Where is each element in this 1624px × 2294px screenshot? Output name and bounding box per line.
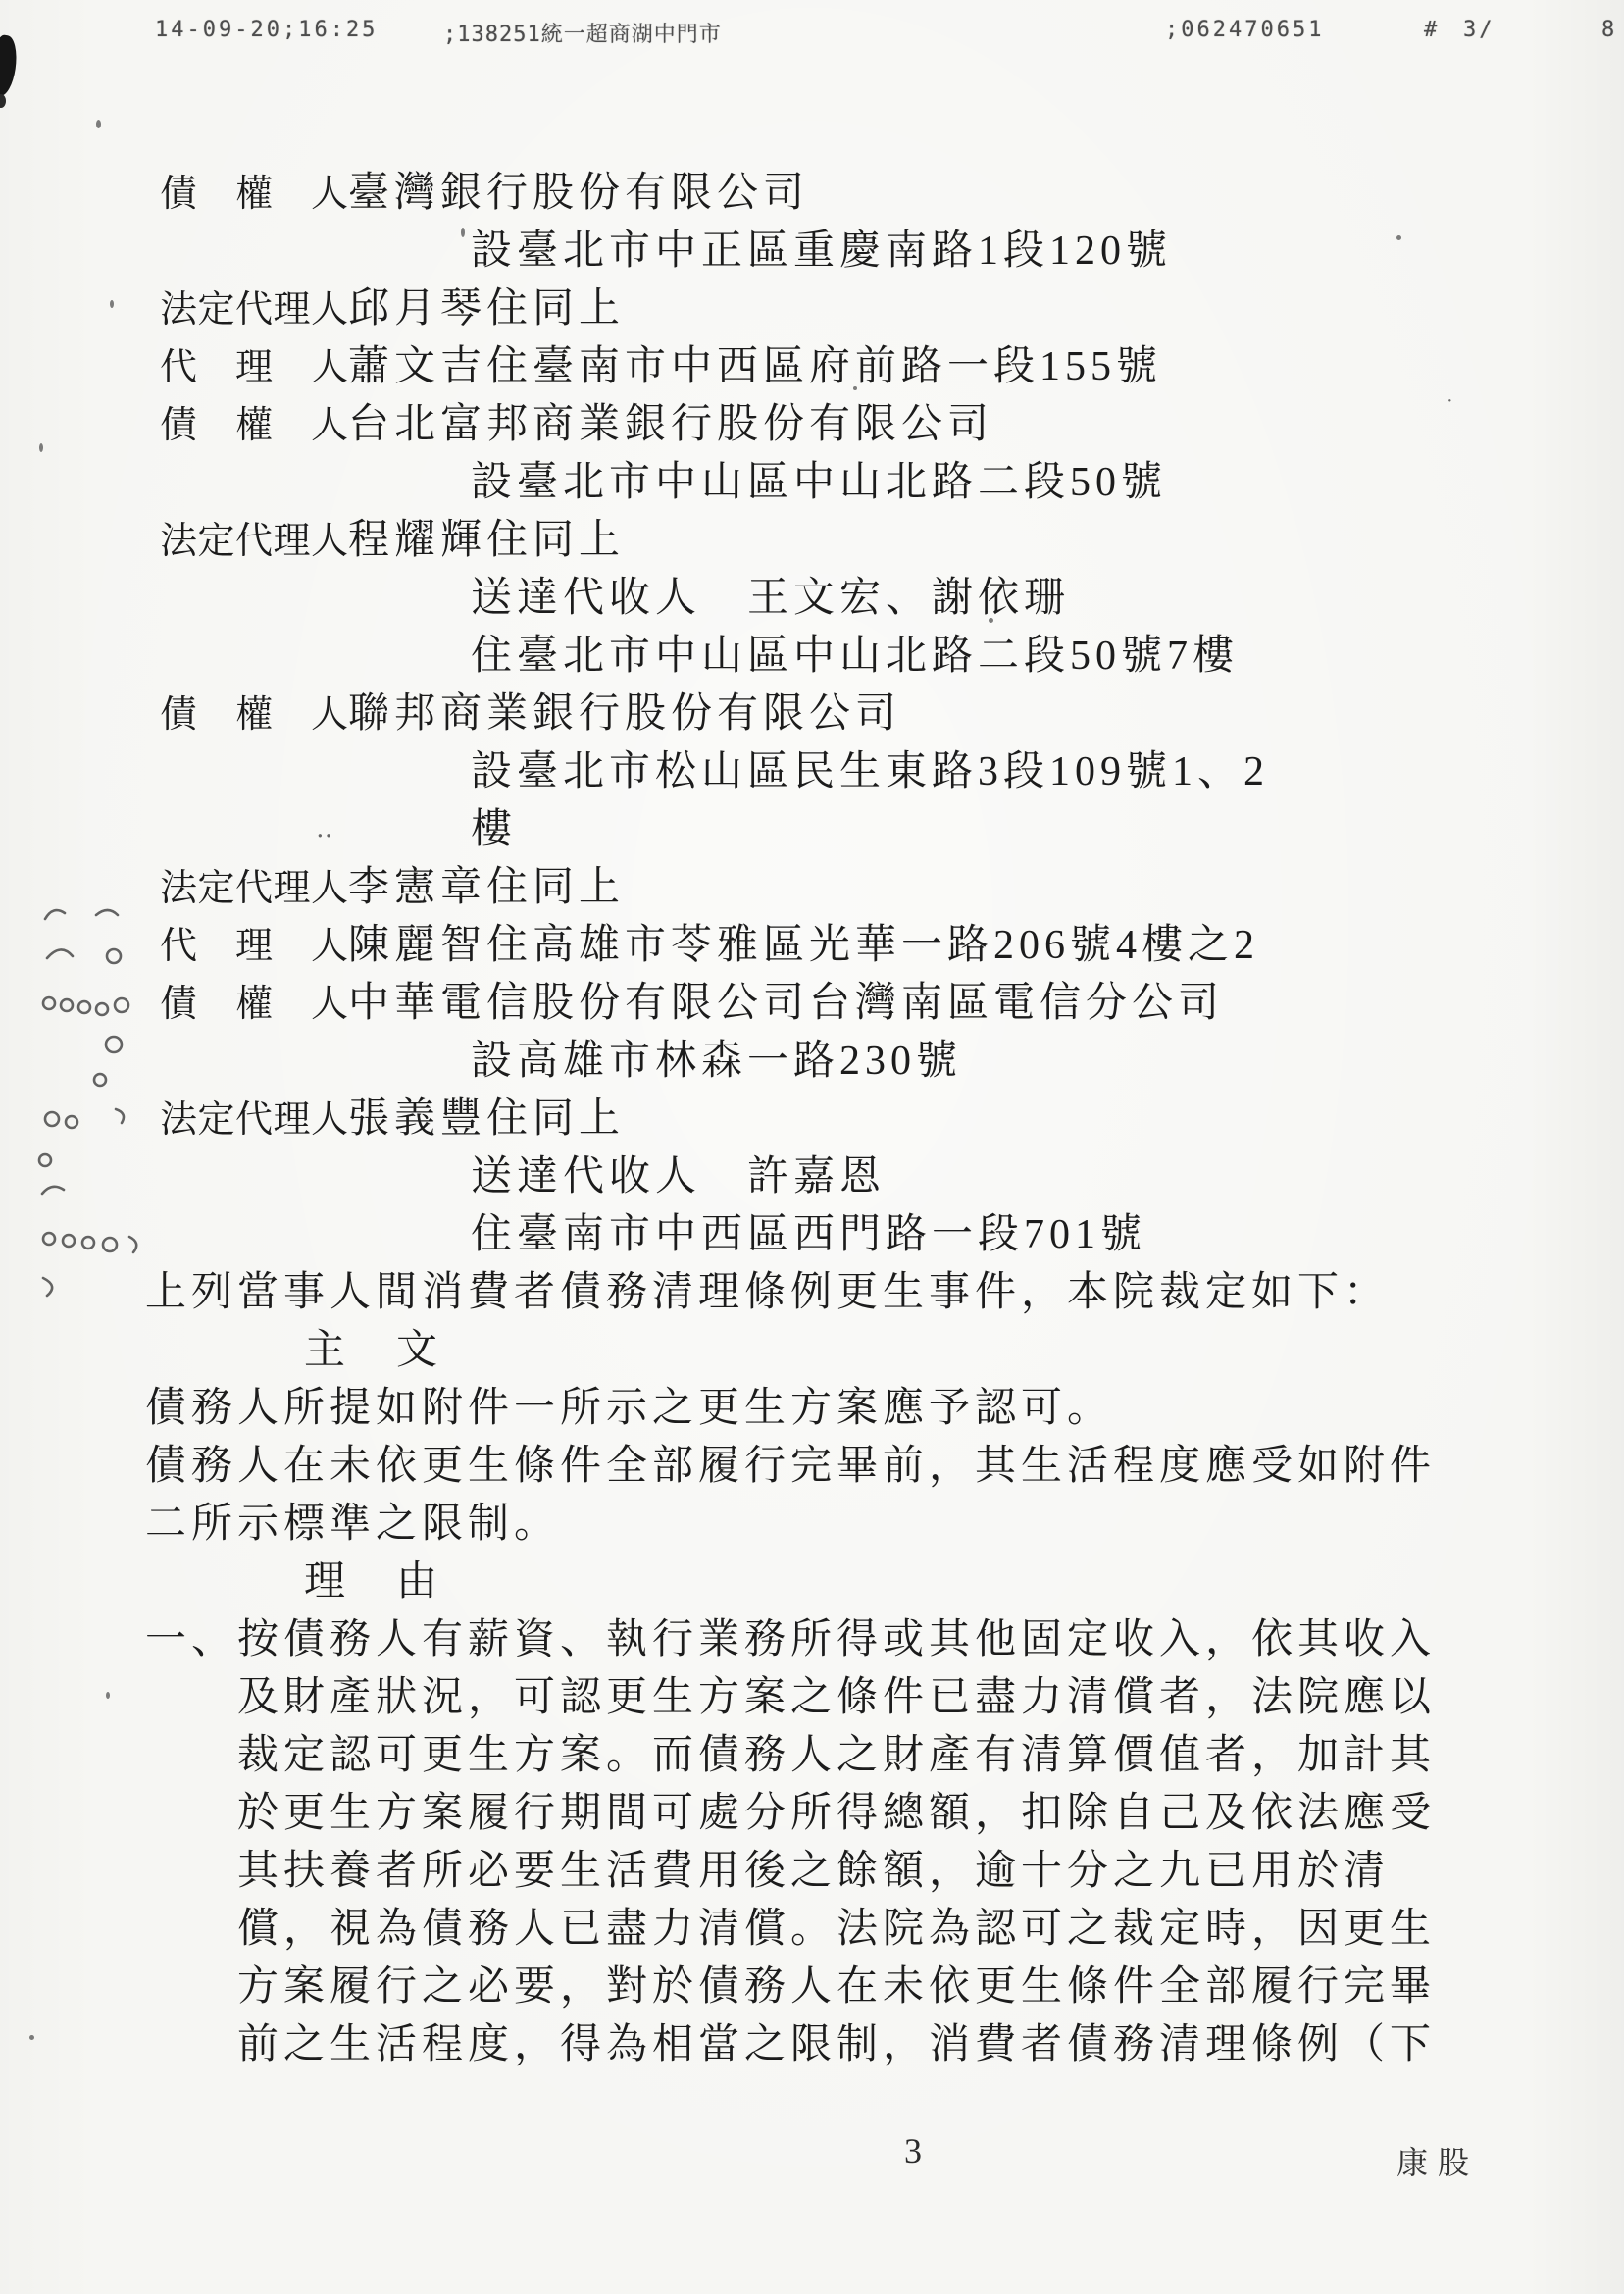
party-name: 聯邦商業銀行股份有限公司 bbox=[348, 686, 901, 743]
doc-line-25: 理 由 bbox=[0, 1554, 1506, 1611]
line-text: 設臺北市松山區民生東路3段109號1、2 bbox=[471, 743, 1269, 801]
line-text: 設臺北市中正區重慶南路1段120號 bbox=[471, 223, 1172, 280]
doc-line-9: 住臺北市中山區中山北路二段50號7樓 bbox=[0, 628, 1506, 686]
doc-line-10: 債權人聯邦商業銀行股份有限公司 bbox=[0, 686, 1506, 743]
line-text: 償，視為債務人已盡力清償。法院為認可之裁定時，因更生 bbox=[237, 1901, 1436, 1959]
party-name: 中華電信股份有限公司台灣南區電信分公司 bbox=[348, 975, 1224, 1033]
doc-line-15: 債權人中華電信股份有限公司台灣南區電信分公司 bbox=[0, 975, 1506, 1033]
line-text: 二所示標準之限制。 bbox=[145, 1496, 560, 1554]
party-residence: 住高雄市苓雅區光華一路206號4樓之2 bbox=[486, 917, 1259, 975]
party-role-label: 法定代理人 bbox=[160, 860, 348, 918]
party-role-label: 法定代理人 bbox=[160, 1092, 348, 1149]
line-text: 方案履行之必要，對於債務人在未依更生條件全部履行完畢 bbox=[237, 1959, 1436, 2016]
doc-line-31: 償，視為債務人已盡力清償。法院為認可之裁定時，因更生 bbox=[0, 1901, 1506, 1959]
line-text: 樓 bbox=[471, 801, 517, 859]
doc-line-12: 樓 bbox=[0, 801, 1506, 859]
line-text: 理 由 bbox=[304, 1554, 442, 1611]
doc-line-22: 債務人所提如附件一所示之更生方案應予認可。 bbox=[0, 1380, 1506, 1438]
doc-line-33: 前之生活程度，得為相當之限制，消費者債務清理條例（下 bbox=[0, 2016, 1506, 2074]
doc-line-28: 裁定認可更生方案。而債務人之財產有清算價值者，加計其 bbox=[0, 1727, 1506, 1785]
doc-line-18: 送達代收人 許嘉恩 bbox=[0, 1148, 1506, 1206]
doc-line-6: 設臺北市中山區中山北路二段50號 bbox=[0, 454, 1506, 512]
fax-page-fraction: 3/ bbox=[1463, 18, 1496, 42]
line-text: 其扶養者所必要生活費用後之餘額，逾十分之九已用於清 bbox=[237, 1843, 1390, 1901]
page-number: 3 bbox=[904, 2130, 922, 2171]
fax-page-hash: # bbox=[1424, 18, 1440, 42]
doc-line-26: 一、按債務人有薪資、執行業務所得或其他固定收入，依其收入 bbox=[0, 1611, 1506, 1669]
doc-line-27: 及財產狀況，可認更生方案之條件已盡力清償者，法院應以 bbox=[0, 1669, 1506, 1727]
doc-line-3: 法定代理人邱月琴住同上 bbox=[0, 280, 1506, 338]
doc-line-24: 二所示標準之限制。 bbox=[0, 1496, 1506, 1554]
doc-line-23: 債務人在未依更生條件全部履行完畢前，其生活程度應受如附件 bbox=[0, 1438, 1506, 1496]
party-residence: 住同上 bbox=[486, 280, 625, 338]
party-residence: 住同上 bbox=[486, 859, 625, 917]
party-residence: 住同上 bbox=[486, 1091, 625, 1148]
line-text: 前之生活程度，得為相當之限制，消費者債務清理條例（下 bbox=[237, 2016, 1436, 2074]
fax-page-total: 8 bbox=[1601, 18, 1617, 42]
doc-line-29: 於更生方案履行期間可處分所得總額，扣除自己及依法應受 bbox=[0, 1785, 1506, 1843]
line-text: 於更生方案履行期間可處分所得總額，扣除自己及依法應受 bbox=[237, 1785, 1436, 1843]
scanned-court-document-page: 14-09-20;16:25 ;138251統一超商湖中門市 ;06247065… bbox=[0, 0, 1624, 2294]
party-role-label: 法定代理人 bbox=[160, 513, 348, 571]
scan-speck bbox=[96, 120, 101, 128]
party-role-label: 債權人 bbox=[160, 397, 348, 455]
line-text: 債務人在未依更生條件全部履行完畢前，其生活程度應受如附件 bbox=[145, 1438, 1436, 1496]
line-text: 送達代收人 許嘉恩 bbox=[471, 1148, 886, 1206]
line-text: 主 文 bbox=[304, 1322, 442, 1380]
line-text: 設臺北市中山區中山北路二段50號 bbox=[471, 454, 1167, 512]
doc-line-32: 方案履行之必要，對於債務人在未依更生條件全部履行完畢 bbox=[0, 1959, 1506, 2016]
doc-line-20: 上列當事人間消費者債務清理條例更生事件，本院裁定如下： bbox=[0, 1264, 1506, 1322]
party-name: 臺灣銀行股份有限公司 bbox=[348, 165, 809, 223]
doc-line-8: 送達代收人 王文宏、謝依珊 bbox=[0, 570, 1506, 628]
doc-line-1: 債權人臺灣銀行股份有限公司 bbox=[0, 165, 1506, 223]
doc-line-11: 設臺北市松山區民生東路3段109號1、2 bbox=[0, 743, 1506, 801]
scan-artifact-ink-spot bbox=[0, 94, 6, 108]
party-name: 蕭文吉 bbox=[348, 338, 486, 396]
party-role-label: 債權人 bbox=[160, 166, 348, 224]
line-text: 設高雄市林森一路230號 bbox=[471, 1033, 962, 1091]
party-residence: 住臺南市中西區府前路一段155號 bbox=[486, 338, 1162, 396]
party-name: 李憲章 bbox=[348, 859, 486, 917]
party-role-label: 法定代理人 bbox=[160, 281, 348, 339]
party-name: 台北富邦商業銀行股份有限公司 bbox=[348, 396, 993, 454]
party-role-label: 債權人 bbox=[160, 687, 348, 744]
doc-line-21: 主 文 bbox=[0, 1322, 1506, 1380]
fax-header: 14-09-20;16:25 ;138251統一超商湖中門市 ;06247065… bbox=[0, 16, 1624, 59]
party-role-label: 債權人 bbox=[160, 976, 348, 1034]
line-text: 住臺南市中西區西門路一段701號 bbox=[471, 1206, 1146, 1264]
line-text: 送達代收人 王文宏、謝依珊 bbox=[471, 570, 1070, 628]
fax-id: ;062470651 bbox=[1165, 18, 1324, 42]
line-text: 及財產狀況，可認更生方案之條件已盡力清償者，法院應以 bbox=[237, 1669, 1436, 1727]
party-role-label: 代理人 bbox=[160, 339, 348, 397]
doc-line-5: 債權人台北富邦商業銀行股份有限公司 bbox=[0, 396, 1506, 454]
party-name: 邱月琴 bbox=[348, 280, 486, 338]
line-text: 裁定認可更生方案。而債務人之財產有清算價值者，加計其 bbox=[237, 1727, 1436, 1785]
doc-line-4: 代理人蕭文吉住臺南市中西區府前路一段155號 bbox=[0, 338, 1506, 396]
party-name: 張義豐 bbox=[348, 1091, 486, 1148]
party-role-label: 代理人 bbox=[160, 918, 348, 976]
doc-line-19: 住臺南市中西區西門路一段701號 bbox=[0, 1206, 1506, 1264]
line-text: 住臺北市中山區中山北路二段50號7樓 bbox=[471, 628, 1239, 686]
fax-sender: ;138251統一超商湖中門市 bbox=[443, 18, 722, 48]
clerk-stamp: 康股 bbox=[1396, 2138, 1479, 2183]
doc-line-16: 設高雄市林森一路230號 bbox=[0, 1033, 1506, 1091]
fax-timestamp: 14-09-20;16:25 bbox=[155, 18, 378, 42]
doc-line-13: 法定代理人李憲章住同上 bbox=[0, 859, 1506, 917]
party-residence: 住同上 bbox=[486, 512, 625, 570]
line-text: 債務人所提如附件一所示之更生方案應予認可。 bbox=[145, 1380, 1113, 1438]
party-name: 程耀輝 bbox=[348, 512, 486, 570]
line-text: 一、按債務人有薪資、執行業務所得或其他固定收入，依其收入 bbox=[145, 1611, 1436, 1669]
document-lines: 債權人臺灣銀行股份有限公司設臺北市中正區重慶南路1段120號法定代理人邱月琴住同… bbox=[0, 165, 1506, 2074]
doc-line-17: 法定代理人張義豐住同上 bbox=[0, 1091, 1506, 1148]
doc-line-2: 設臺北市中正區重慶南路1段120號 bbox=[0, 223, 1506, 280]
line-text: 上列當事人間消費者債務清理條例更生事件，本院裁定如下： bbox=[145, 1264, 1390, 1322]
doc-line-14: 代理人陳麗智住高雄市苓雅區光華一路206號4樓之2 bbox=[0, 917, 1506, 975]
party-name: 陳麗智 bbox=[348, 917, 486, 975]
doc-line-7: 法定代理人程耀輝住同上 bbox=[0, 512, 1506, 570]
doc-line-30: 其扶養者所必要生活費用後之餘額，逾十分之九已用於清 bbox=[0, 1843, 1506, 1901]
